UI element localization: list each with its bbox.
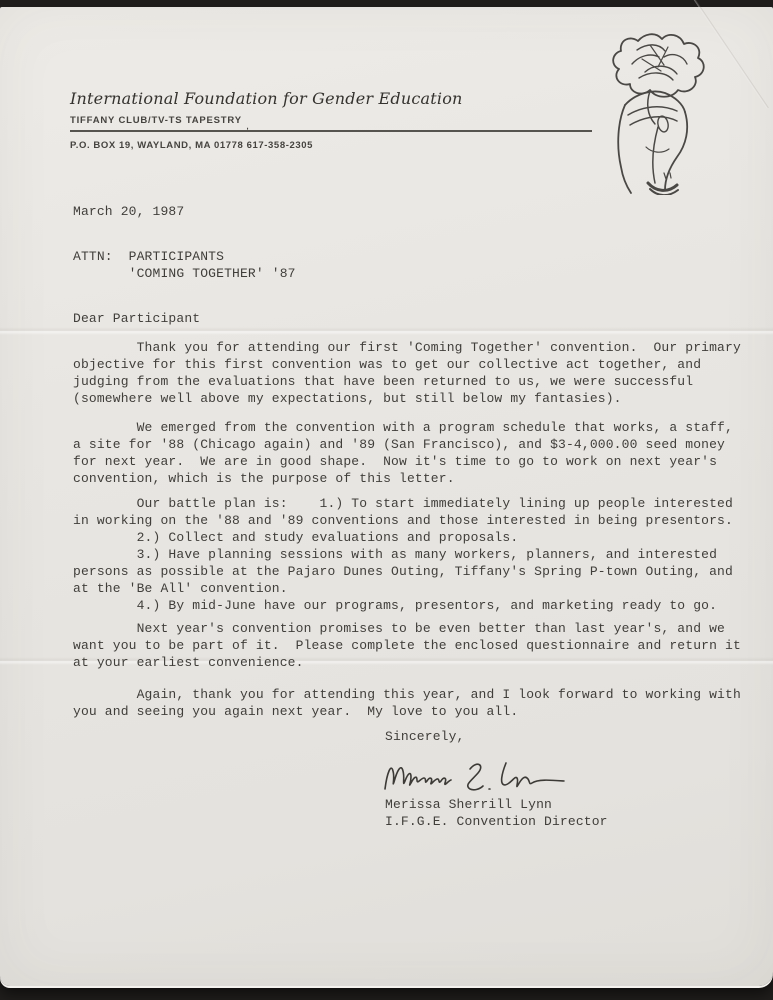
letterhead-org-name: International Foundation for Gender Educ… bbox=[70, 89, 463, 108]
letterhead-divider-rule bbox=[70, 130, 592, 132]
letterhead-division: TIFFANY CLUB/TV-TS TAPESTRY bbox=[70, 115, 242, 126]
attn-block: ATTN: PARTICIPANTS 'COMING TOGETHER' '87 bbox=[73, 248, 296, 282]
letter-paragraph: Our battle plan is: 1.) To start immedia… bbox=[73, 495, 733, 614]
letter-paragraph: Thank you for attending our first 'Comin… bbox=[73, 339, 741, 407]
salutation: Dear Participant bbox=[73, 310, 200, 327]
letter-date: March 20, 1987 bbox=[73, 203, 184, 220]
signer-name: Merissa Sherrill Lynn bbox=[385, 796, 552, 813]
handwritten-signature bbox=[378, 747, 568, 802]
letter-paper: International Foundation for Gender Educ… bbox=[0, 7, 773, 986]
letter-paragraph: Next year's convention promises to be ev… bbox=[73, 620, 741, 671]
scanned-letter-page: { "document_type": "typewritten letter (… bbox=[0, 0, 773, 1000]
hand-holding-rose-icon bbox=[606, 27, 720, 195]
closing-line: Sincerely, bbox=[385, 728, 465, 745]
fold-crease-top bbox=[0, 327, 773, 335]
signer-title: I.F.G.E. Convention Director bbox=[385, 813, 608, 830]
letter-paragraph: Again, thank you for attending this year… bbox=[73, 686, 741, 720]
letterhead-address: P.O. BOX 19, WAYLAND, MA 01778 617-358-2… bbox=[70, 140, 313, 151]
letter-paragraph: We emerged from the convention with a pr… bbox=[73, 419, 733, 487]
